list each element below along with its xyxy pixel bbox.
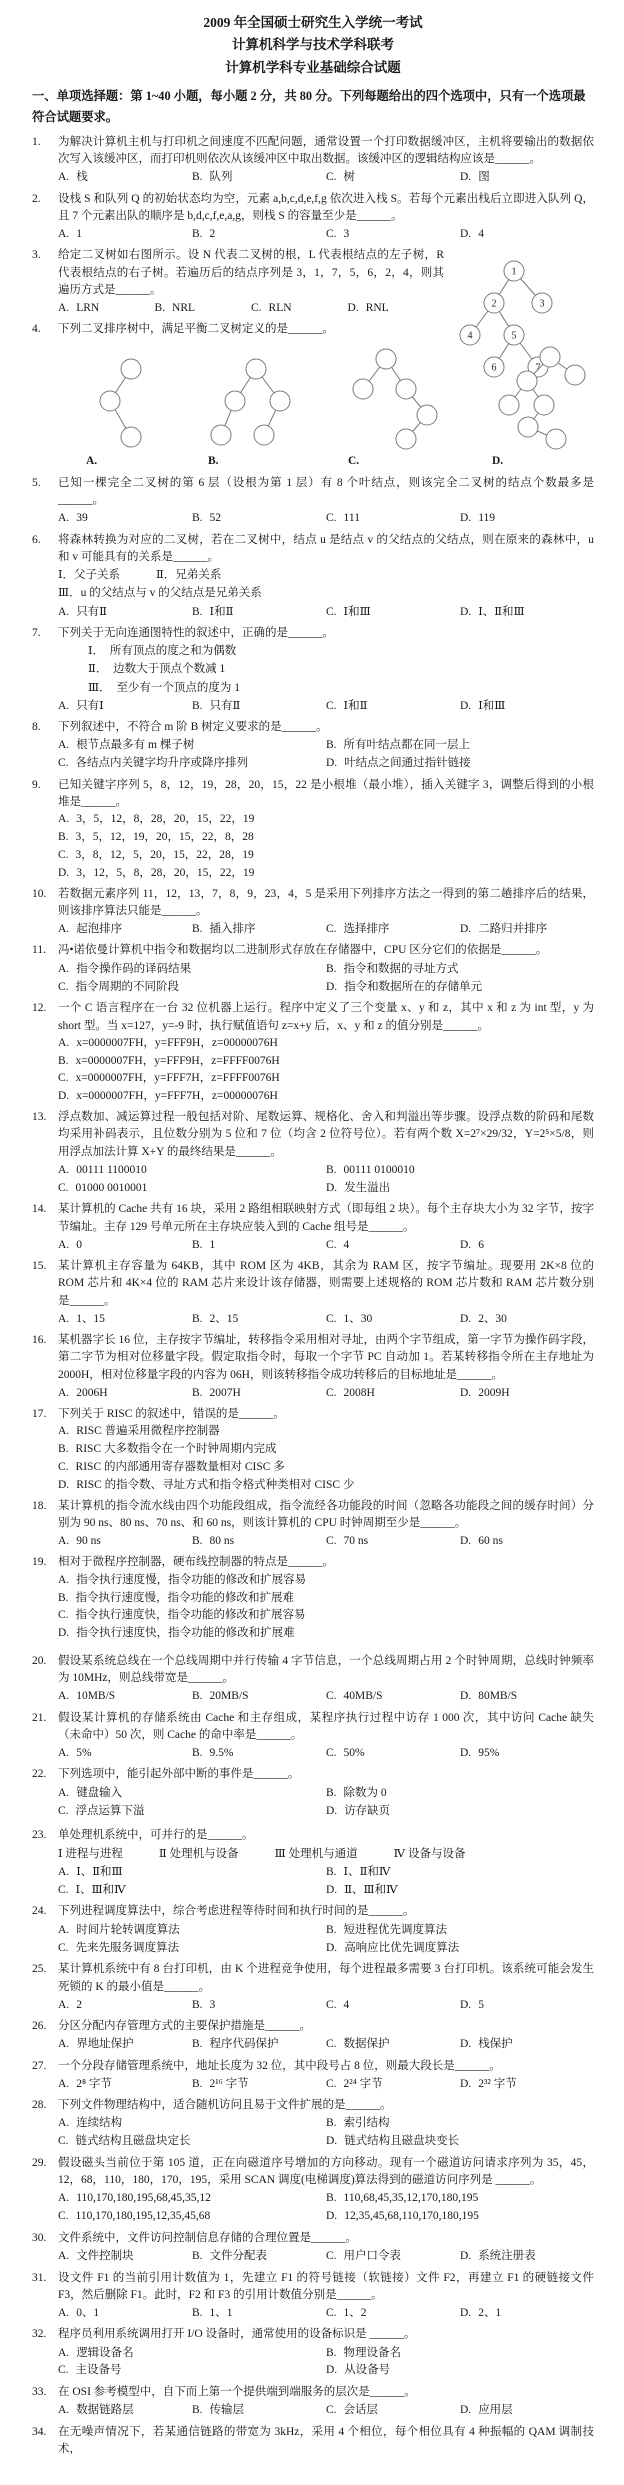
option-label: A. bbox=[58, 2038, 69, 2050]
option-D: D.5 bbox=[460, 1997, 594, 2014]
option-text: 应用层 bbox=[478, 2404, 513, 2416]
option-label: A. bbox=[58, 813, 69, 825]
option-text: 会话层 bbox=[344, 2404, 379, 2416]
option-C: C.2008H bbox=[326, 1385, 460, 1402]
option-C: C.浮点运算下溢 bbox=[58, 1803, 326, 1821]
option-label: B. bbox=[326, 2192, 337, 2204]
option-D: D.指令执行速度快，指令功能的修改和扩展难 bbox=[58, 1625, 594, 1643]
subitem: Ⅱ 处理机与设备 bbox=[159, 1848, 239, 1860]
question-body: 假设磁头当前位于第 105 道，正在向磁道序号增加的方向移动。现有一个磁道访问请… bbox=[58, 2155, 594, 2227]
tree-node-label: 1 bbox=[512, 267, 517, 278]
option-D: D.系统注册表 bbox=[460, 2248, 594, 2265]
option-B: B.2 bbox=[192, 226, 326, 243]
option-D: D.Ⅱ、Ⅲ和Ⅳ bbox=[326, 1882, 594, 1900]
question-number: 34. bbox=[32, 2424, 58, 2459]
option-C: C.数据保护 bbox=[326, 2036, 460, 2053]
option-label: D. bbox=[58, 867, 69, 879]
option-label: A. bbox=[58, 228, 69, 240]
option-text: 2 bbox=[76, 1999, 82, 2011]
option-label: B. bbox=[192, 1313, 203, 1325]
option-label: B. bbox=[192, 2038, 203, 2050]
question-17: 17.下列关于 RISC 的叙述中，错误的是______。A.RISC 普遍采用… bbox=[32, 1406, 594, 1495]
option-text: 111 bbox=[344, 512, 360, 524]
option-label: C. bbox=[58, 1461, 69, 1473]
option-B: B.传输层 bbox=[192, 2402, 326, 2419]
option-B: B.3，5，12，19，20，15，22，8，28 bbox=[58, 829, 594, 847]
question-number: 30. bbox=[32, 2230, 58, 2267]
option-label: B. bbox=[155, 302, 166, 314]
option-text: 除数为 0 bbox=[344, 1787, 387, 1799]
question-18: 18.某计算机的指令流水线由四个功能段组成，指令流经各功能段的时间（忽略各功能段… bbox=[32, 1498, 594, 1552]
option-B: B.Ⅰ和Ⅱ bbox=[192, 604, 326, 621]
option-text: 5 bbox=[478, 1999, 484, 2011]
options: A.5%B.9.5%C.50%D.95% bbox=[58, 1745, 594, 1762]
question-6: 6.将森林转换为对应的二叉树，若在二叉树中，结点 u 是结点 v 的父结点的父结… bbox=[32, 532, 594, 622]
option-D: D.6 bbox=[460, 1237, 594, 1254]
option-text: Ⅰ、Ⅱ和Ⅳ bbox=[344, 1866, 391, 1878]
option-text: 80MB/S bbox=[478, 1690, 517, 1702]
option-text: 栈 bbox=[76, 171, 88, 183]
option-label: A. bbox=[58, 1164, 69, 1176]
options: A.起泡排序B.插入排序C.选择排序D.二路归并排序 bbox=[58, 921, 594, 938]
option-text: 10MB/S bbox=[76, 1690, 115, 1702]
option-label: C. bbox=[326, 1313, 337, 1325]
option-text: 插入排序 bbox=[210, 923, 256, 935]
option-label: B. bbox=[192, 923, 203, 935]
option-text: 索引结构 bbox=[344, 2117, 390, 2129]
option-label: C. bbox=[251, 302, 262, 314]
option-text: 1 bbox=[76, 228, 82, 240]
option-D: D.119 bbox=[460, 510, 594, 527]
option-D: D.Ⅰ、Ⅱ和Ⅲ bbox=[460, 604, 594, 621]
option-B: B.2007H bbox=[192, 1385, 326, 1402]
question-number: 8. bbox=[32, 719, 58, 774]
question-text: 下列关于无向连通图特性的叙述中，正确的是______。 bbox=[58, 625, 594, 642]
option-label: A. bbox=[58, 1787, 69, 1799]
option-label: D. bbox=[326, 2364, 337, 2376]
option-text: RISC 普遍采用微程序控制器 bbox=[76, 1425, 219, 1437]
question-list: 1.为解决计算机主机与打印机之间速度不匹配问题，通常设置一个打印数据缓冲区，主机… bbox=[32, 134, 594, 2458]
question-text: 下列选项中，能引起外部中断的事件是______。 bbox=[58, 1766, 594, 1783]
option-label: A. bbox=[58, 1037, 69, 1049]
option-A: A.0、1 bbox=[58, 2305, 192, 2322]
tree-node bbox=[417, 405, 437, 425]
option-A: A.1 bbox=[58, 226, 192, 243]
tree-option-label: A. bbox=[86, 453, 97, 470]
question-16: 16.某机器字长 16 位，主存按字节编址，转移指令采用相对寻址，由两个字节组成… bbox=[32, 1332, 594, 1403]
option-text: Ⅰ、Ⅱ和Ⅲ bbox=[76, 1866, 122, 1878]
question-text: 一个 C 语言程序在一台 32 位机器上运行。程序中定义了三个变量 x、y 和 … bbox=[58, 1000, 594, 1035]
question-number: 15. bbox=[32, 1258, 58, 1329]
options: A.Ⅰ、Ⅱ和ⅢB.Ⅰ、Ⅱ和ⅣC.Ⅰ、Ⅲ和ⅣD.Ⅱ、Ⅲ和Ⅳ bbox=[58, 1864, 594, 1900]
question-7: 7.下列关于无向连通图特性的叙述中，正确的是______。Ⅰ． 所有顶点的度之和… bbox=[32, 625, 594, 716]
option-D: D.叶结点之间通过指针链接 bbox=[326, 755, 594, 773]
option-D: D.发生溢出 bbox=[326, 1180, 594, 1198]
question-body: 已知一棵完全二叉树的第 6 层（设根为第 1 层）有 8 个叶结点，则该完全二叉… bbox=[58, 475, 594, 529]
question-24: 24.下列进程调度算法中，综合考虑进程等待时间和执行时间的是______。A.时… bbox=[32, 1903, 594, 1958]
options: A.文件控制块B.文件分配表C.用户口令表D.系统注册表 bbox=[58, 2248, 594, 2265]
question-body: 某计算机系统中有 8 台打印机，由 K 个进程竞争使用，每个进程最多需要 3 台… bbox=[58, 1961, 594, 2015]
option-label: D. bbox=[460, 228, 471, 240]
options: A.LRNB.NRLC.RLND.RNL bbox=[58, 300, 444, 317]
option-text: 时间片轮转调度算法 bbox=[76, 1924, 180, 1936]
section-heading: 一、单项选择题：第 1~40 小题，每小题 2 分，共 80 分。下列每题给出的… bbox=[32, 86, 594, 129]
question-number: 31. bbox=[32, 2270, 58, 2324]
option-label: D. bbox=[460, 2038, 471, 2050]
option-text: 4 bbox=[478, 228, 484, 240]
option-B: B.短进程优先调度算法 bbox=[326, 1922, 594, 1940]
question-number: 5. bbox=[32, 475, 58, 529]
tree-node bbox=[211, 425, 231, 445]
option-text: 从设备号 bbox=[344, 2364, 390, 2376]
question-text: 相对于微程序控制器，硬布线控制器的特点是______。 bbox=[58, 1554, 594, 1571]
question-29: 29.假设磁头当前位于第 105 道，正在向磁道序号增加的方向移动。现有一个磁道… bbox=[32, 2155, 594, 2227]
option-text: 图 bbox=[478, 171, 490, 183]
option-label: D. bbox=[460, 1535, 471, 1547]
question-body: 下列叙述中，不符合 m 阶 B 树定义要求的是______。A.根节点最多有 m… bbox=[58, 719, 594, 774]
question-body: 浮点数加、减运算过程一般包括对阶、尾数运算、规格化、舍入和判溢出等步骤。设浮点数… bbox=[58, 1109, 594, 1198]
question-subitems-line-1: Ⅰ．父子关系Ⅱ．兄弟关系 bbox=[58, 567, 594, 584]
option-label: D. bbox=[460, 2078, 471, 2090]
option-B: B.1 bbox=[192, 1237, 326, 1254]
option-label: B. bbox=[326, 1924, 337, 1936]
option-B: B.程序代码保护 bbox=[192, 2036, 326, 2053]
option-text: 连续结构 bbox=[76, 2117, 122, 2129]
option-text: 高响应比优先调度算法 bbox=[344, 1942, 459, 1954]
option-C: C.RLN bbox=[251, 300, 348, 317]
option-label: D. bbox=[326, 757, 337, 769]
question-text: 下列进程调度算法中，综合考虑进程等待时间和执行时间的是______。 bbox=[58, 1903, 594, 1920]
option-label: C. bbox=[326, 2307, 337, 2319]
answer-tree-row: A.B.C.D. bbox=[86, 345, 594, 470]
question-body: 设栈 S 和队列 Q 的初始状态均为空，元素 a,b,c,d,e,f,g 依次进… bbox=[58, 191, 594, 245]
question-body: 假设某系统总线在一个总线周期中并行传输 4 字节信息，一个总线周期占用 2 个时… bbox=[58, 1653, 594, 1707]
option-C: C.01000 0010001 bbox=[58, 1180, 326, 1198]
question-number: 23. bbox=[32, 1827, 58, 1900]
option-label: D. bbox=[460, 1313, 471, 1325]
tree-node bbox=[534, 395, 554, 415]
question-body: 为解决计算机主机与打印机之间速度不匹配问题，通常设置一个打印数据缓冲区，主机将要… bbox=[58, 134, 594, 188]
question-25: 25.某计算机系统中有 8 台打印机，由 K 个进程竞争使用，每个进程最多需要 … bbox=[32, 1961, 594, 2015]
option-C: C.用户口令表 bbox=[326, 2248, 460, 2265]
tree-node bbox=[100, 391, 120, 411]
option-C: C.4 bbox=[326, 1997, 460, 2014]
question-body: 在无噪声情况下，若某通信链路的带宽为 3kHz，采用 4 个相位，每个相位具有 … bbox=[58, 2424, 594, 2459]
options: A.根节点最多有 m 棵子树B.所有叶结点都在同一层上C.各结点内关键字均升序或… bbox=[58, 737, 594, 773]
option-text: Ⅰ和Ⅲ bbox=[478, 700, 505, 712]
option-C: C.1、2 bbox=[326, 2305, 460, 2322]
option-text: 80 ns bbox=[210, 1535, 235, 1547]
option-D: D.4 bbox=[460, 226, 594, 243]
option-text: 系统注册表 bbox=[478, 2250, 536, 2262]
question-number: 9. bbox=[32, 777, 58, 883]
option-A: A.连续结构 bbox=[58, 2115, 326, 2133]
option-A: A.指令执行速度慢，指令功能的修改和扩展容易 bbox=[58, 1572, 594, 1590]
option-label: C. bbox=[326, 2404, 337, 2416]
option-text: 短进程优先调度算法 bbox=[344, 1924, 448, 1936]
option-label: C. bbox=[326, 1535, 337, 1547]
exam-page: 2009 年全国硕士研究生入学统一考试 计算机科学与技术学科联考 计算机学科专业… bbox=[0, 0, 624, 2485]
options: A.0B.1C.4D.6 bbox=[58, 1237, 594, 1254]
option-text: 6 bbox=[478, 1239, 484, 1251]
option-A: A.10MB/S bbox=[58, 1688, 192, 1705]
option-text: 52 bbox=[210, 512, 222, 524]
option-label: B. bbox=[192, 2404, 203, 2416]
question-4: 4.下列二叉排序树中，满足平衡二叉树定义的是______。A.B.C.D. bbox=[32, 321, 594, 472]
question-body: 相对于微程序控制器，硬布线控制器的特点是______。A.指令执行速度慢，指令功… bbox=[58, 1554, 594, 1643]
question-subitems-line-2: Ⅱ． 边数大于顶点个数减 1 bbox=[88, 661, 594, 678]
question-body: 设文件 F1 的当前引用计数值为 1，先建立 F1 的符号链接（软链接）文件 F… bbox=[58, 2270, 594, 2324]
option-C: C.选择排序 bbox=[326, 921, 460, 938]
option-label: A. bbox=[58, 1747, 69, 1759]
question-text: 设文件 F1 的当前引用计数值为 1，先建立 F1 的符号链接（软链接）文件 F… bbox=[58, 2270, 594, 2305]
question-text: 已知关键字序列 5，8，12，19，28，20，15，22 是小根堆（最小堆），… bbox=[58, 777, 594, 812]
tree-node bbox=[499, 395, 519, 415]
option-label: D. bbox=[326, 1805, 337, 1817]
subitem: Ⅳ 设备与设备 bbox=[394, 1848, 466, 1860]
option-C: C.111 bbox=[326, 510, 460, 527]
question-text: 设栈 S 和队列 Q 的初始状态均为空，元素 a,b,c,d,e,f,g 依次进… bbox=[58, 191, 594, 226]
question-text: 一个分段存储管理系统中，地址长度为 32 位，其中段号占 8 位，则最大段长是_… bbox=[58, 2058, 594, 2075]
question-text: 某计算机系统中有 8 台打印机，由 K 个进程竞争使用，每个进程最多需要 3 台… bbox=[58, 1961, 594, 1996]
option-A: A.RISC 普遍采用微程序控制器 bbox=[58, 1423, 594, 1441]
question-number: 12. bbox=[32, 1000, 58, 1106]
option-label: C. bbox=[58, 2364, 69, 2376]
option-text: 选择排序 bbox=[344, 923, 390, 935]
option-label: A. bbox=[58, 1924, 69, 1936]
question-number: 17. bbox=[32, 1406, 58, 1495]
option-label: C. bbox=[58, 757, 69, 769]
option-label: B. bbox=[58, 831, 69, 843]
option-D: D.RISC 的指令数、寻址方式和指令格式种类相对 CISC 少 bbox=[58, 1477, 594, 1495]
options: A.逻辑设备名B.物理设备名C.主设备号D.从设备号 bbox=[58, 2345, 594, 2381]
option-A: A.1、15 bbox=[58, 1311, 192, 1328]
question-number: 7. bbox=[32, 625, 58, 716]
option-B: B.1、1 bbox=[192, 2305, 326, 2322]
option-A: A.90 ns bbox=[58, 1533, 192, 1550]
option-text: 2 bbox=[210, 228, 216, 240]
option-label: C. bbox=[326, 171, 337, 183]
option-text: x=0000007FH，y=FFF7H，z=FFFF0076H bbox=[76, 1072, 280, 1084]
question-32: 32.程序员利用系统调用打开 I/O 设备时，通常使用的设备标识是 ______… bbox=[32, 2326, 594, 2381]
options: A.指令操作码的译码结果B.指令和数据的寻址方式C.指令周期的不同阶段D.指令和… bbox=[58, 961, 594, 997]
option-label: D. bbox=[326, 2210, 337, 2222]
option-text: Ⅰ和Ⅲ bbox=[344, 606, 371, 618]
question-subitems-line-1: Ⅰ． 所有顶点的度之和为偶数 bbox=[88, 643, 594, 660]
option-text: 2¹⁶ 字节 bbox=[210, 2078, 249, 2090]
option-text: 12,35,45,68,110,170,180,195 bbox=[344, 2210, 479, 2222]
option-A: A.Ⅰ、Ⅱ和Ⅲ bbox=[58, 1864, 326, 1882]
option-A: A.3，5，12，8，28，20，15，22，19 bbox=[58, 811, 594, 829]
option-label: A. bbox=[58, 1239, 69, 1251]
subitem: Ⅲ． 至少有一个顶点的度为 1 bbox=[88, 682, 240, 694]
option-label: B. bbox=[192, 1387, 203, 1399]
option-text: 3，5，12，8，28，20，15，22，19 bbox=[76, 813, 254, 825]
option-label: A. bbox=[58, 1866, 69, 1878]
option-A: A.键盘输入 bbox=[58, 1785, 326, 1803]
options: A.2⁸ 字节B.2¹⁶ 字节C.2²⁴ 字节D.2³² 字节 bbox=[58, 2076, 594, 2093]
option-C: C.Ⅰ、Ⅲ和Ⅳ bbox=[58, 1882, 326, 1900]
option-label: D. bbox=[58, 1627, 69, 1639]
option-label: C. bbox=[326, 1999, 337, 2011]
option-D: D.指令和数据所在的存储单元 bbox=[326, 979, 594, 997]
tree-node bbox=[518, 417, 538, 437]
question-5: 5.已知一棵完全二叉树的第 6 层（设根为第 1 层）有 8 个叶结点，则该完全… bbox=[32, 475, 594, 529]
option-text: 数据链路层 bbox=[76, 2404, 134, 2416]
question-number: 25. bbox=[32, 1961, 58, 2015]
option-B: B.插入排序 bbox=[192, 921, 326, 938]
option-C: C.各结点内关键字均升序或降序排列 bbox=[58, 755, 326, 773]
question-number: 28. bbox=[32, 2097, 58, 2152]
option-text: 传输层 bbox=[210, 2404, 245, 2416]
option-label: A. bbox=[58, 2117, 69, 2129]
question-number: 11. bbox=[32, 942, 58, 997]
option-B: B.20MB/S bbox=[192, 1688, 326, 1705]
question-text: 下列叙述中，不符合 m 阶 B 树定义要求的是______。 bbox=[58, 719, 594, 736]
question-number: 33. bbox=[32, 2384, 58, 2421]
option-B: B.队列 bbox=[192, 169, 326, 186]
options: A.2B.3C.4D.5 bbox=[58, 1997, 594, 2014]
option-label: D. bbox=[460, 1387, 471, 1399]
question-number: 26. bbox=[32, 2018, 58, 2055]
option-text: 各结点内关键字均升序或降序排列 bbox=[76, 757, 249, 769]
option-label: B. bbox=[192, 1747, 203, 1759]
question-number: 10. bbox=[32, 886, 58, 940]
option-C: C.4 bbox=[326, 1237, 460, 1254]
option-text: 指令周期的不同阶段 bbox=[76, 981, 180, 993]
option-text: 先来先服务调度算法 bbox=[76, 1942, 180, 1954]
question-number: 24. bbox=[32, 1903, 58, 1958]
option-text: 2009H bbox=[478, 1387, 509, 1399]
option-label: D. bbox=[460, 606, 471, 618]
question-text: 假设某计算机的存储系统由 Cache 和主存组成，某程序执行过程中访存 1 00… bbox=[58, 1710, 594, 1745]
tree-option-label: B. bbox=[208, 453, 219, 470]
option-text: 二路归并排序 bbox=[478, 923, 547, 935]
options: A.连续结构B.索引结构C.链式结构且磁盘块定长D.链式结构且磁盘块变长 bbox=[58, 2115, 594, 2151]
option-B: B.00111 0100010 bbox=[326, 1162, 594, 1180]
tree-option-label: D. bbox=[492, 453, 503, 470]
options: A.1、15B.2、15C.1、30D.2、30 bbox=[58, 1311, 594, 1328]
options: A.只有ⅡB.Ⅰ和ⅡC.Ⅰ和ⅢD.Ⅰ、Ⅱ和Ⅲ bbox=[58, 604, 594, 621]
option-label: D. bbox=[460, 2404, 471, 2416]
option-text: RISC 的指令数、寻址方式和指令格式种类相对 CISC 少 bbox=[76, 1479, 354, 1491]
question-body: 下列关于无向连通图特性的叙述中，正确的是______。Ⅰ． 所有顶点的度之和为偶… bbox=[58, 625, 594, 716]
option-A: A.起泡排序 bbox=[58, 921, 192, 938]
question-body: 单处理机系统中，可并行的是______。Ⅰ 进程与进程Ⅱ 处理机与设备Ⅲ 处理机… bbox=[58, 1827, 594, 1900]
option-text: 60 ns bbox=[478, 1535, 503, 1547]
question-21: 21.假设某计算机的存储系统由 Cache 和主存组成，某程序执行过程中访存 1… bbox=[32, 1710, 594, 1764]
option-B: B.所有叶结点都在同一层上 bbox=[326, 737, 594, 755]
question-text: 单处理机系统中，可并行的是______。 bbox=[58, 1827, 594, 1844]
option-label: B. bbox=[192, 171, 203, 183]
option-text: 只有Ⅱ bbox=[76, 606, 107, 618]
option-A: A.栈 bbox=[58, 169, 192, 186]
option-label: D. bbox=[348, 302, 359, 314]
options: A.界地址保护B.程序代码保护C.数据保护D.栈保护 bbox=[58, 2036, 594, 2053]
tree-node bbox=[254, 425, 274, 445]
option-text: 起泡排序 bbox=[76, 923, 122, 935]
option-label: A. bbox=[58, 2250, 69, 2262]
option-text: 只有Ⅱ bbox=[210, 700, 241, 712]
option-C: C.先来先服务调度算法 bbox=[58, 1940, 326, 1958]
option-B: B.除数为 0 bbox=[326, 1785, 594, 1803]
option-B: B.索引结构 bbox=[326, 2115, 594, 2133]
tree-option-B: B. bbox=[208, 357, 296, 470]
subitem: Ⅲ．u 的父结点与 v 的父结点是兄弟关系 bbox=[58, 587, 262, 599]
option-D: D.应用层 bbox=[460, 2402, 594, 2419]
option-label: C. bbox=[58, 1072, 69, 1084]
option-label: D. bbox=[58, 1090, 69, 1102]
option-B: B.物理设备名 bbox=[326, 2345, 594, 2363]
option-text: 95% bbox=[478, 1747, 499, 1759]
option-C: C.Ⅰ和Ⅱ bbox=[326, 698, 460, 715]
option-label: C. bbox=[326, 1387, 337, 1399]
question-22: 22.下列选项中，能引起外部中断的事件是______。A.键盘输入B.除数为 0… bbox=[32, 1766, 594, 1821]
question-body: 一个分段存储管理系统中，地址长度为 32 位，其中段号占 8 位，则最大段长是_… bbox=[58, 2058, 594, 2095]
option-text: 3，5，12，19，20，15，22，8，28 bbox=[76, 831, 254, 843]
option-label: D. bbox=[326, 1884, 337, 1896]
option-label: D. bbox=[460, 171, 471, 183]
option-D: D.高响应比优先调度算法 bbox=[326, 1940, 594, 1958]
option-text: 1、2 bbox=[344, 2307, 367, 2319]
tree-node bbox=[540, 347, 560, 367]
question-number: 18. bbox=[32, 1498, 58, 1552]
option-label: A. bbox=[58, 923, 69, 935]
option-C: C.110,170,180,195,12,35,45,68 bbox=[58, 2208, 326, 2226]
option-label: D. bbox=[460, 2307, 471, 2319]
option-label: B. bbox=[58, 1592, 69, 1604]
option-text: 1、30 bbox=[344, 1313, 373, 1325]
option-text: x=0000007FH，y=FFF7H，z=00000076H bbox=[76, 1090, 278, 1102]
option-text: 根节点最多有 m 棵子树 bbox=[76, 739, 194, 751]
option-text: 3，8，12，5，20，15，22，28，19 bbox=[76, 849, 254, 861]
option-label: A. bbox=[58, 606, 69, 618]
option-D: D.95% bbox=[460, 1745, 594, 1762]
option-text: 3，12，5，8，28，20，15，22，19 bbox=[76, 867, 254, 879]
question-number: 4. bbox=[32, 321, 58, 472]
question-text: 假设磁头当前位于第 105 道，正在向磁道序号增加的方向移动。现有一个磁道访问请… bbox=[58, 2155, 594, 2190]
option-D: D.RNL bbox=[348, 300, 445, 317]
option-label: A. bbox=[58, 1690, 69, 1702]
option-A: A.00111 1100010 bbox=[58, 1162, 326, 1180]
question-30: 30.文件系统中，文件访问控制信息存储的合理位置是______。A.文件控制块B… bbox=[32, 2230, 594, 2267]
option-A: A.指令操作码的译码结果 bbox=[58, 961, 326, 979]
option-label: B. bbox=[192, 1535, 203, 1547]
option-text: 叶结点之间通过指针链接 bbox=[344, 757, 471, 769]
question-number: 32. bbox=[32, 2326, 58, 2381]
option-A: A.5% bbox=[58, 1745, 192, 1762]
option-text: 指令和数据的寻址方式 bbox=[344, 963, 459, 975]
question-body: 冯•诺依曼计算机中指令和数据均以二进制形式存放在存储器中，CPU 区分它们的依据… bbox=[58, 942, 594, 997]
option-label: C. bbox=[58, 1942, 69, 1954]
question-number: 13. bbox=[32, 1109, 58, 1198]
option-text: 50% bbox=[344, 1747, 365, 1759]
option-label: B. bbox=[192, 2250, 203, 2262]
option-text: 所有叶结点都在同一层上 bbox=[344, 739, 471, 751]
option-text: 栈保护 bbox=[478, 2038, 513, 2050]
option-text: 2³² 字节 bbox=[478, 2078, 517, 2090]
option-text: RLN bbox=[269, 302, 292, 314]
option-B: B.指令执行速度慢，指令功能的修改和扩展难 bbox=[58, 1590, 594, 1608]
option-text: 0、1 bbox=[76, 2307, 99, 2319]
option-label: D. bbox=[460, 1690, 471, 1702]
option-A: A.文件控制块 bbox=[58, 2248, 192, 2265]
question-2: 2.设栈 S 和队列 Q 的初始状态均为空，元素 a,b,c,d,e,f,g 依… bbox=[32, 191, 594, 245]
subitem: Ⅱ．兄弟关系 bbox=[156, 569, 221, 581]
option-text: 90 ns bbox=[76, 1535, 101, 1547]
option-text: 00111 1100010 bbox=[76, 1164, 147, 1176]
option-B: B.2、15 bbox=[192, 1311, 326, 1328]
